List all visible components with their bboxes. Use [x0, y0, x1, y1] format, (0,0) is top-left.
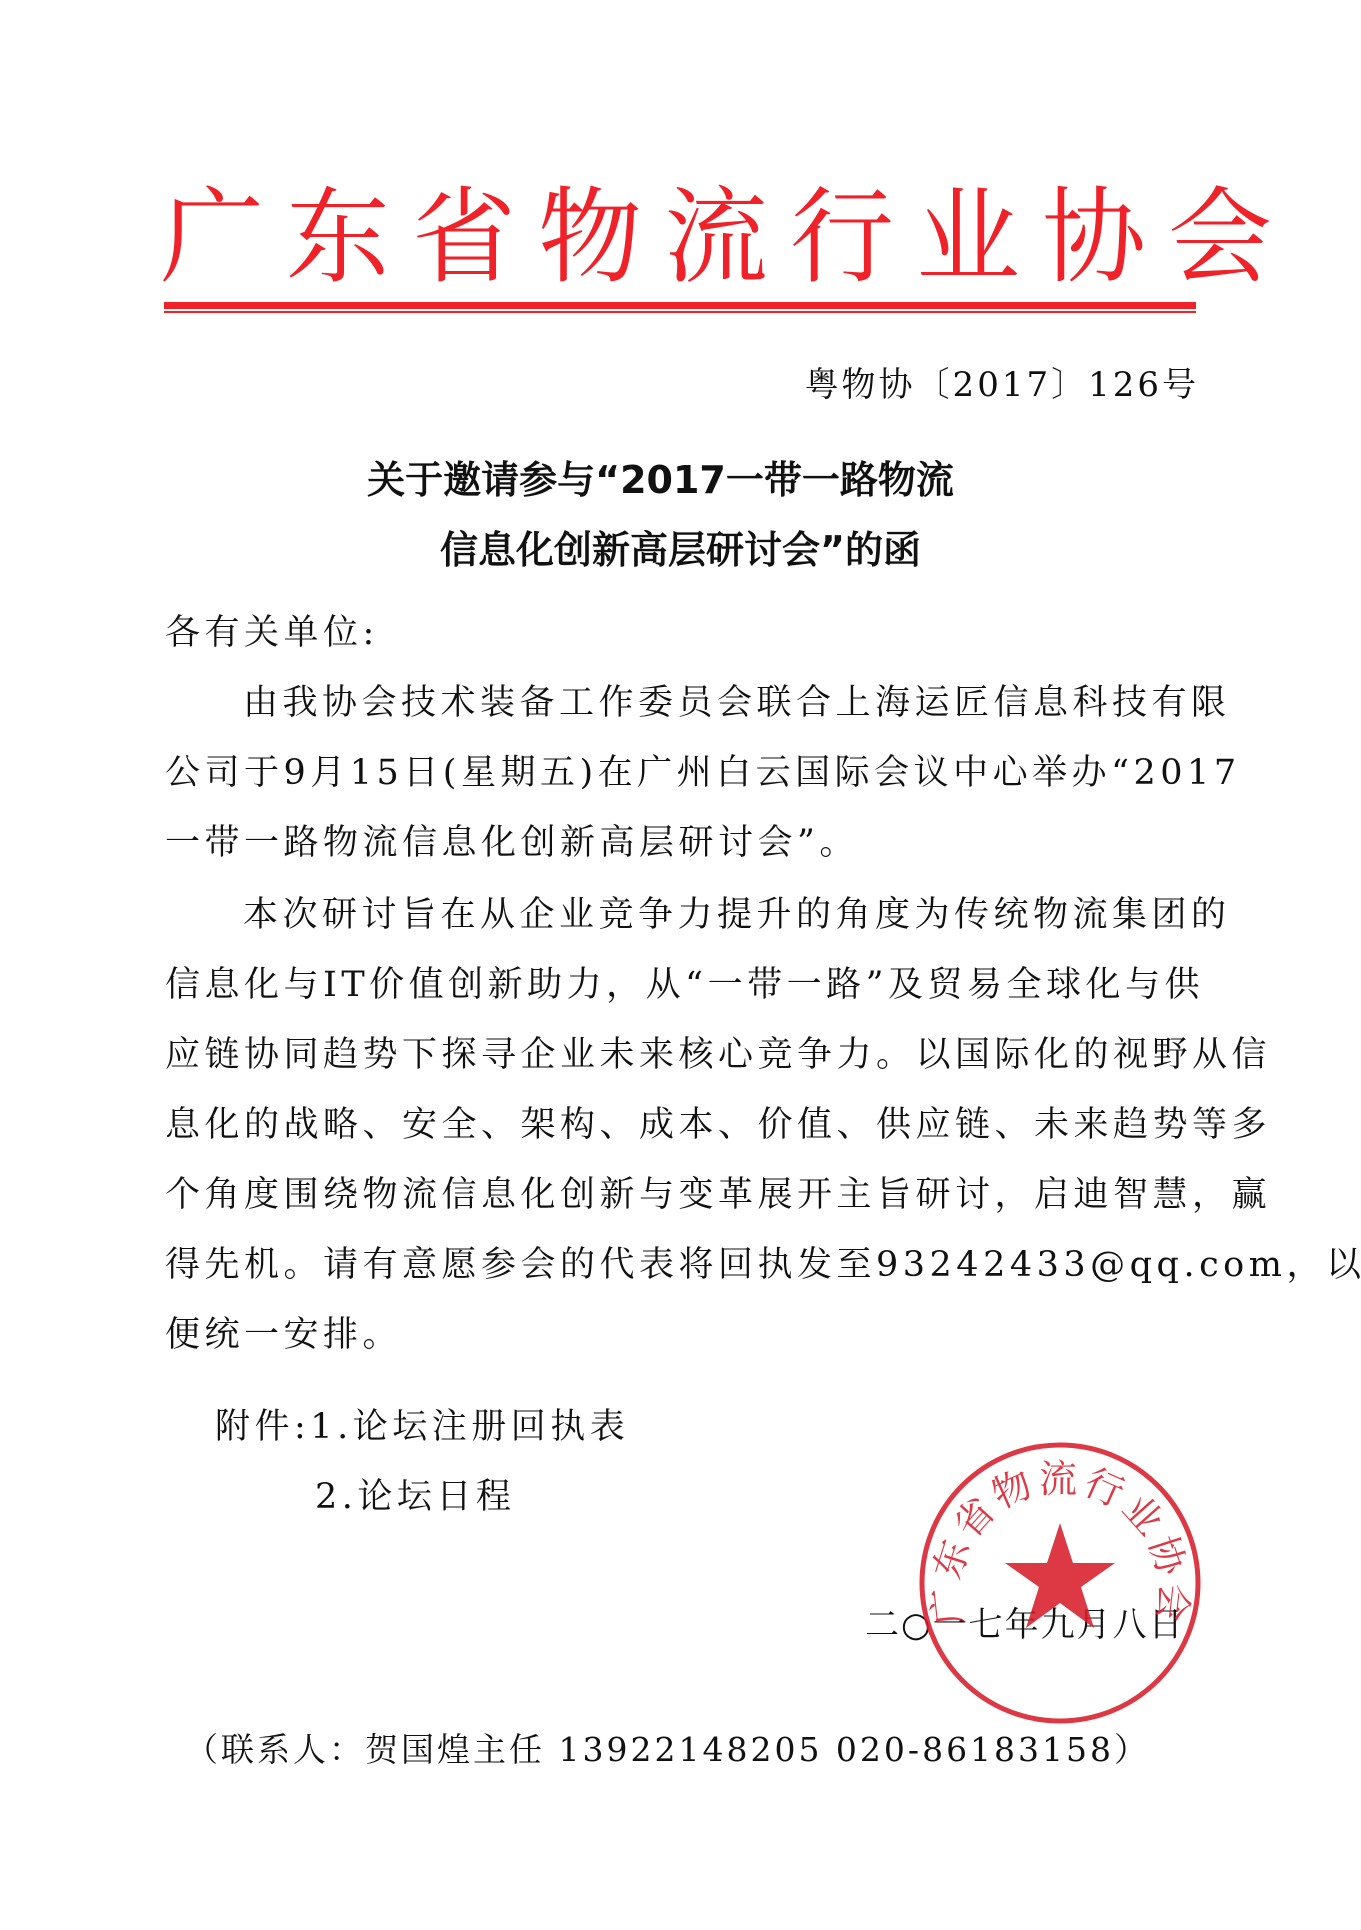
- paragraph-line: 一带一路物流信息化创新高层研讨会”。: [165, 808, 1225, 878]
- paragraph-line: 便统一安排。: [165, 1300, 1225, 1370]
- attachment-title: 1.论坛注册回执表: [310, 1407, 629, 1447]
- document-title-line-1: 关于邀请参与“2017一带一路物流: [0, 445, 1341, 515]
- attachments-label: 附件:: [215, 1407, 310, 1447]
- paragraph-2: 本次研讨旨在从企业竞争力提升的角度为传统物流集团的 信息化与IT价值创新助力，从…: [165, 880, 1225, 1370]
- attachment-title: 2.论坛日程: [315, 1477, 515, 1517]
- official-seal-icon: 广东省物流行业协会: [915, 1438, 1205, 1728]
- paragraph-line: 公司于9月15日(星期五)在广州白云国际会议中心举办“2017: [165, 738, 1225, 808]
- letterhead-rule-thin: [164, 311, 1196, 313]
- document-number: 粤物协〔2017〕126号: [805, 360, 1199, 410]
- salutation: 各有关单位:: [165, 598, 379, 668]
- paragraph-line: 息化的战略、安全、架构、成本、价值、供应链、未来趋势等多: [165, 1090, 1225, 1160]
- letterhead-org-name: 广东省物流行业协会: [160, 172, 1210, 302]
- paragraph-line: 由我协会技术装备工作委员会联合上海运匠信息科技有限: [165, 668, 1225, 738]
- paragraph-line: 应链协同趋势下探寻企业未来核心竞争力。以国际化的视野从信: [165, 1020, 1225, 1090]
- document-title-line-2: 信息化创新高层研讨会”的函: [0, 515, 1361, 585]
- paragraph-line: 信息化与IT价值创新助力，从“一带一路”及贸易全球化与供: [165, 950, 1225, 1020]
- paragraph-line-with-email: 得先机。请有意愿参会的代表将回执发至93242433@qq.com，以: [165, 1230, 1225, 1300]
- letterhead-rule-thick: [164, 302, 1196, 309]
- attachment-item-2: 2.论坛日程: [315, 1462, 515, 1532]
- paragraph-line: 个角度围绕物流信息化创新与变革展开主旨研讨，启迪智慧，赢: [165, 1160, 1225, 1230]
- attachment-item-1: 附件:1.论坛注册回执表: [215, 1392, 629, 1462]
- paragraph-line: 本次研讨旨在从企业竞争力提升的角度为传统物流集团的: [165, 880, 1225, 950]
- contact-info: （联系人：贺国煌主任 13922148205 020-86183158）: [185, 1720, 1150, 1780]
- paragraph-1: 由我协会技术装备工作委员会联合上海运匠信息科技有限 公司于9月15日(星期五)在…: [165, 668, 1225, 878]
